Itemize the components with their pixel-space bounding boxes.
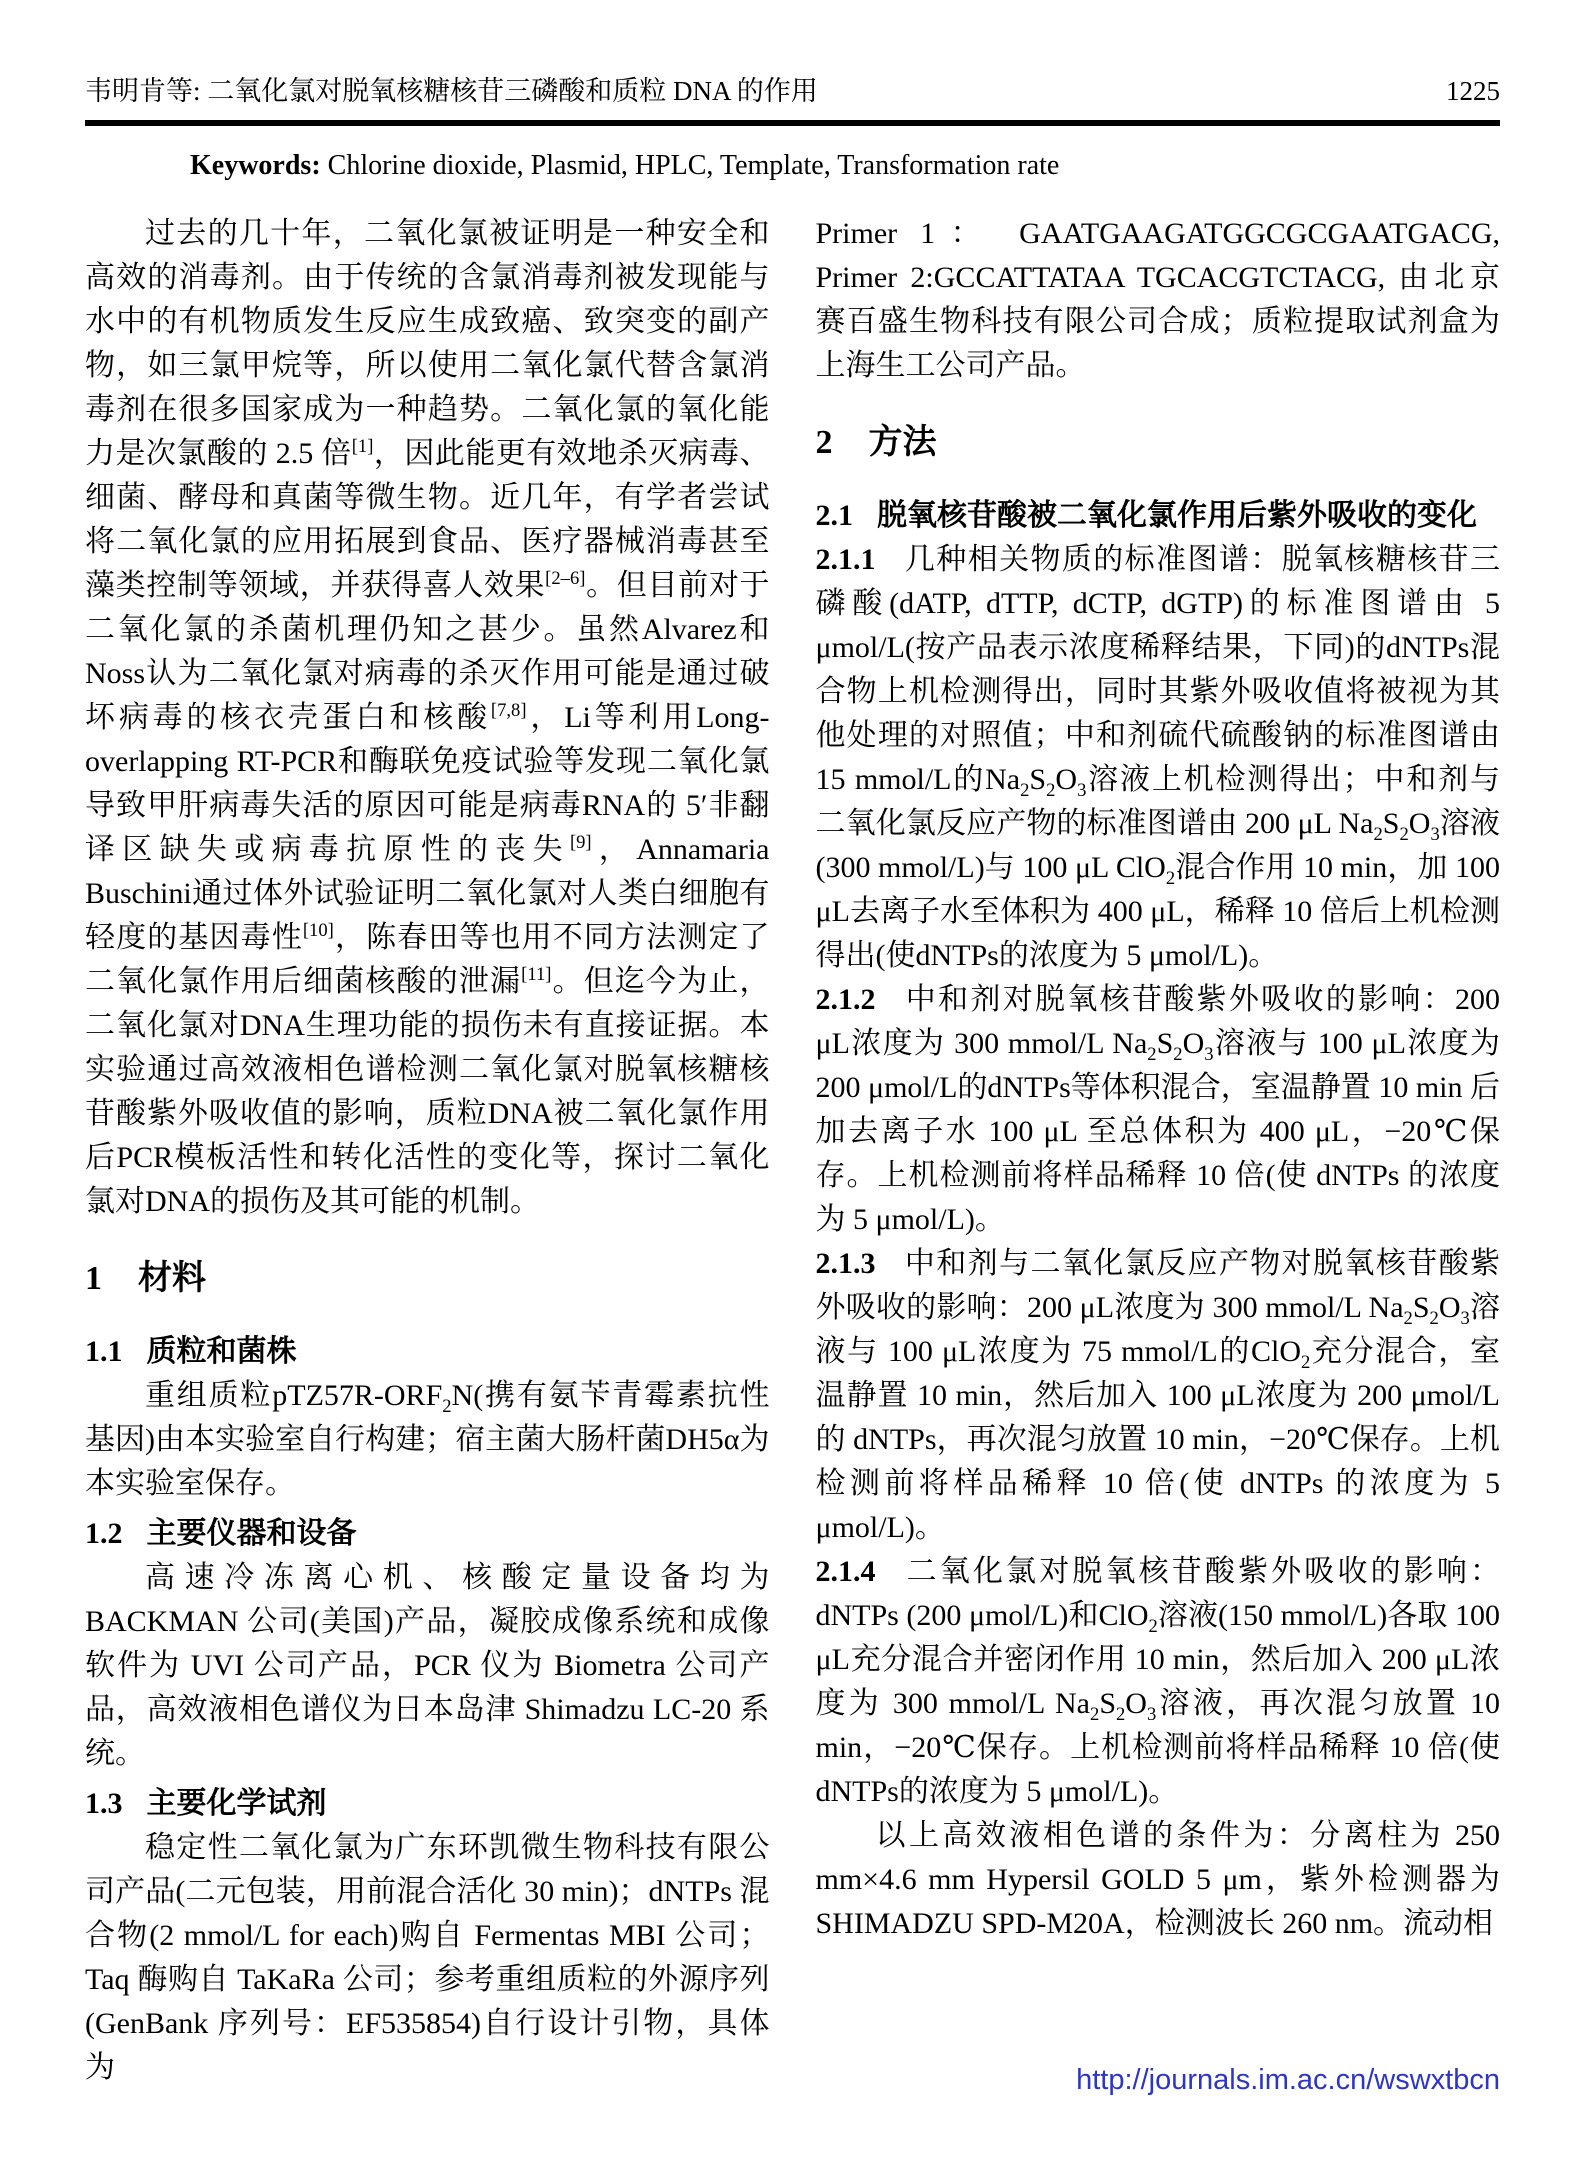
paragraph-2-1-4: 2.1.4二氧化氯对脱氧核苷酸紫外吸收的影响：dNTPs (200 μmol/L… [816, 1550, 1501, 1814]
subsection-1-1-number: 1.1 [85, 1335, 123, 1368]
subsection-2-1-title: 脱氧核苷酸被二氧化氯作用后紫外吸收的变化 [877, 499, 1477, 532]
subsection-1-1-body: 重组质粒pTZ57R-ORF2N(携有氨苄青霉素抗性基因)由本实验室自行构建；宿… [85, 1374, 770, 1506]
left-column: 过去的几十年，二氧化氯被证明是一种安全和高效的消毒剂。由于传统的含氯消毒剂被发现… [85, 212, 770, 2090]
journal-footer-url[interactable]: http://journals.im.ac.cn/wswxtbcn [1076, 2062, 1500, 2098]
subsection-1-2-body: 高速冷冻离心机、核酸定量设备均为 BACKMAN 公司(美国)产品，凝胶成像系统… [85, 1556, 770, 1776]
section-2-heading: 2方法 [816, 420, 1501, 466]
keywords-line: Keywords: Chlorine dioxide, Plasmid, HPL… [190, 148, 1500, 184]
subsection-1-2-number: 1.2 [85, 1517, 123, 1550]
section-1-heading: 1材料 [85, 1256, 770, 1302]
section-1-number: 1 [85, 1260, 102, 1297]
paragraph-2-1-1: 2.1.1几种相关物质的标准图谱：脱氧核糖核苷三磷酸(dATP, dTTP, d… [816, 538, 1501, 978]
primer-paragraph: Primer 1： GAATGAAGATGGCGCGAATGACG, Prime… [816, 212, 1501, 388]
document-page: 韦明肯等: 二氧化氯对脱氧核糖核苷三磷酸和质粒 DNA 的作用 1225 Key… [0, 0, 1584, 2170]
running-title: 韦明肯等: 二氧化氯对脱氧核糖核苷三磷酸和质粒 DNA 的作用 [85, 74, 818, 108]
section-2-number: 2 [816, 424, 833, 461]
paragraph-2-1-4-number: 2.1.4 [816, 1555, 904, 1588]
subsection-1-3-body: 稳定性二氧化氯为广东环凯微生物科技有限公司产品(二元包装，用前混合活化 30 m… [85, 1826, 770, 2090]
subsection-1-3-title: 主要化学试剂 [147, 1787, 327, 1820]
paragraph-2-1-2-number: 2.1.2 [816, 983, 904, 1016]
keywords-text: Chlorine dioxide, Plasmid, HPLC, Templat… [321, 150, 1060, 181]
subsection-1-2-title: 主要仪器和设备 [147, 1517, 357, 1550]
subsection-2-1-number: 2.1 [816, 499, 854, 532]
page-header: 韦明肯等: 二氧化氯对脱氧核糖核苷三磷酸和质粒 DNA 的作用 1225 [85, 74, 1500, 108]
two-column-body: 过去的几十年，二氧化氯被证明是一种安全和高效的消毒剂。由于传统的含氯消毒剂被发现… [85, 212, 1500, 2090]
subsection-1-3-number: 1.3 [85, 1787, 123, 1820]
section-2-title: 方法 [869, 424, 937, 461]
subsection-1-3-heading: 1.3主要化学试剂 [85, 1782, 770, 1826]
paragraph-2-1-3-number: 2.1.3 [816, 1247, 904, 1280]
subsection-1-1-heading: 1.1质粒和菌株 [85, 1330, 770, 1374]
paragraph-2-1-4-text: 二氧化氯对脱氧核苷酸紫外吸收的影响：dNTPs (200 μmol/L)和ClO… [816, 1555, 1501, 1808]
paragraph-2-1-2-text: 中和剂对脱氧核苷酸紫外吸收的影响：200 μL浓度为 300 mmol/L Na… [816, 983, 1501, 1236]
paragraph-2-1-1-text: 几种相关物质的标准图谱：脱氧核糖核苷三磷酸(dATP, dTTP, dCTP, … [816, 543, 1501, 972]
paragraph-2-1-3: 2.1.3中和剂与二氧化氯反应产物对脱氧核苷酸紫外吸收的影响：200 μL浓度为… [816, 1242, 1501, 1550]
keywords-label: Keywords: [190, 150, 321, 181]
header-divider-rule [85, 120, 1500, 126]
right-column: Primer 1： GAATGAAGATGGCGCGAATGACG, Prime… [816, 212, 1501, 2090]
paragraph-2-1-1-number: 2.1.1 [816, 543, 904, 576]
paragraph-2-1-2: 2.1.2中和剂对脱氧核苷酸紫外吸收的影响：200 μL浓度为 300 mmol… [816, 978, 1501, 1242]
page-number: 1225 [1446, 74, 1500, 108]
section-1-title: 材料 [138, 1260, 206, 1297]
subsection-1-2-heading: 1.2主要仪器和设备 [85, 1512, 770, 1556]
intro-paragraph: 过去的几十年，二氧化氯被证明是一种安全和高效的消毒剂。由于传统的含氯消毒剂被发现… [85, 212, 770, 1224]
hplc-conditions-paragraph: 以上高效液相色谱的条件为：分离柱为 250 mm×4.6 mm Hypersil… [816, 1814, 1501, 1946]
subsection-2-1-heading: 2.1脱氧核苷酸被二氧化氯作用后紫外吸收的变化 [816, 494, 1501, 538]
subsection-1-1-title: 质粒和菌株 [147, 1335, 297, 1368]
paragraph-2-1-3-text: 中和剂与二氧化氯反应产物对脱氧核苷酸紫外吸收的影响：200 μL浓度为 300 … [816, 1247, 1501, 1544]
